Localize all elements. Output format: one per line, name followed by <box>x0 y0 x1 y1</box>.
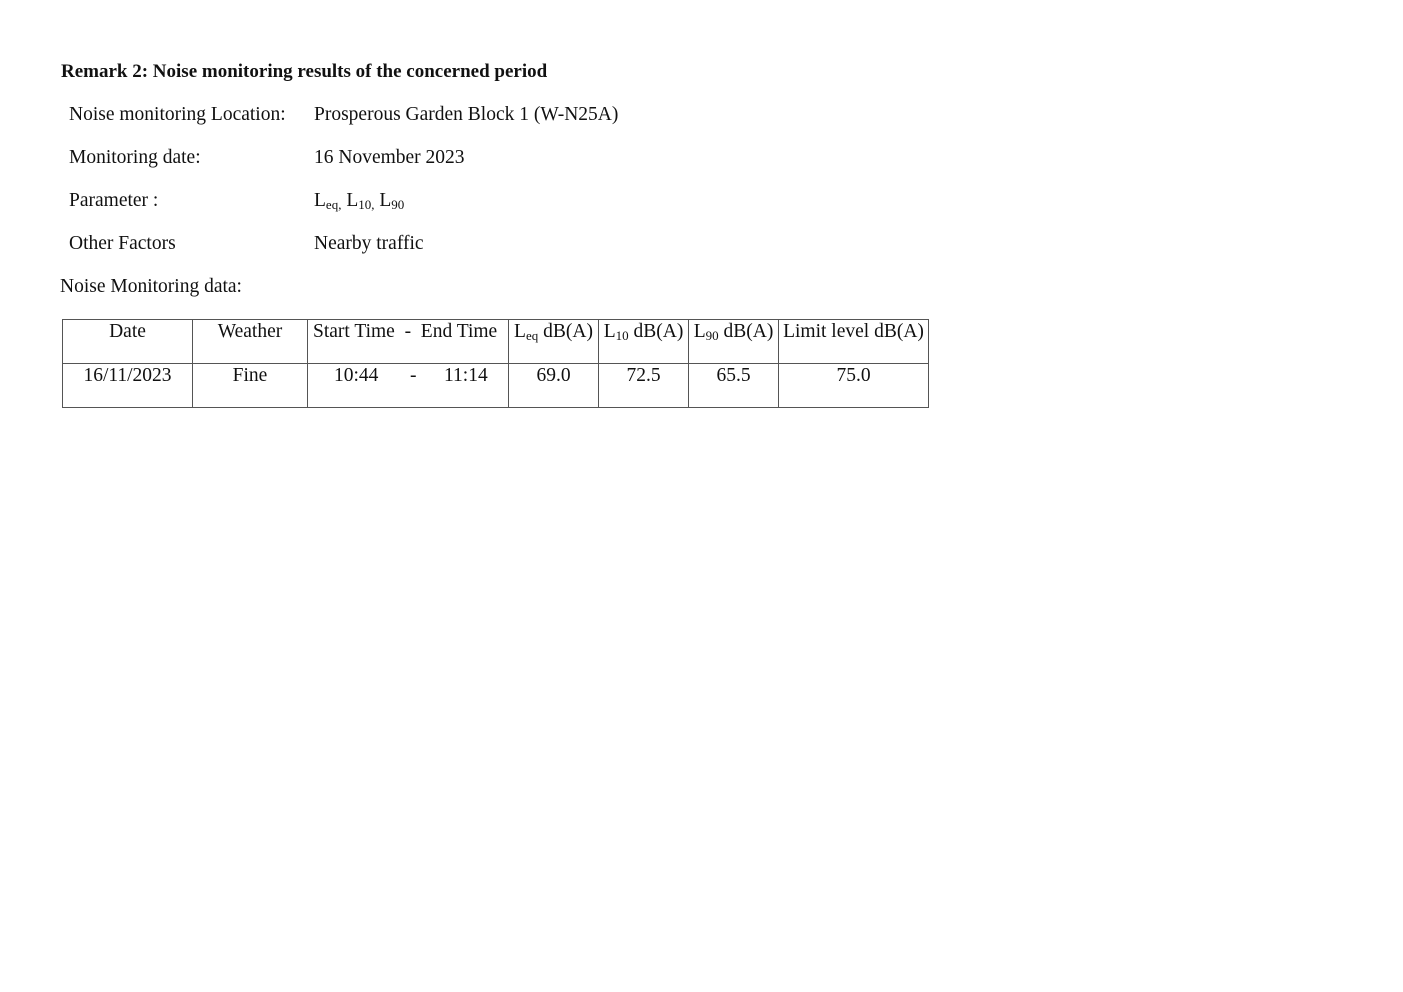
other-factors-value: Nearby traffic <box>314 232 424 256</box>
cell-l90: 65.5 <box>689 364 779 408</box>
cell-end-time: 11:14 <box>444 364 488 388</box>
cell-limit: 75.0 <box>779 364 929 408</box>
cell-time-separator: - <box>410 364 417 388</box>
header-weather: Weather <box>193 320 308 364</box>
param-l10: L10, <box>346 190 374 211</box>
parameter-value: Leq, L10, L90 <box>314 189 404 213</box>
table-row: 16/11/2023 Fine 10:44 - 11:14 69.0 72.5 … <box>63 364 929 408</box>
location-label: Noise monitoring Location: <box>69 103 286 127</box>
cell-l10: 72.5 <box>599 364 689 408</box>
header-l90: L90 dB(A) <box>689 320 779 364</box>
cell-weather: Fine <box>193 364 308 408</box>
monitoring-date-label: Monitoring date: <box>69 146 201 170</box>
header-l10: L10 dB(A) <box>599 320 689 364</box>
cell-time: 10:44 - 11:14 <box>308 364 509 408</box>
param-l90: L90 <box>379 190 404 211</box>
parameter-label: Parameter : <box>69 189 158 213</box>
noise-data-table: Date Weather Start Time - End Time Leq d… <box>62 319 929 408</box>
header-date: Date <box>63 320 193 364</box>
param-leq: Leq, <box>314 190 341 211</box>
cell-start-time: 10:44 <box>334 364 378 388</box>
header-time: Start Time - End Time <box>308 320 509 364</box>
header-leq: Leq dB(A) <box>509 320 599 364</box>
cell-date: 16/11/2023 <box>63 364 193 408</box>
cell-leq: 69.0 <box>509 364 599 408</box>
location-value: Prosperous Garden Block 1 (W-N25A) <box>314 103 618 127</box>
section-title: Noise Monitoring data: <box>60 275 242 299</box>
header-limit: Limit level dB(A) <box>779 320 929 364</box>
monitoring-date-value: 16 November 2023 <box>314 146 465 170</box>
other-factors-label: Other Factors <box>69 232 176 256</box>
remark-heading: Remark 2: Noise monitoring results of th… <box>61 60 547 84</box>
table-header-row: Date Weather Start Time - End Time Leq d… <box>63 320 929 364</box>
